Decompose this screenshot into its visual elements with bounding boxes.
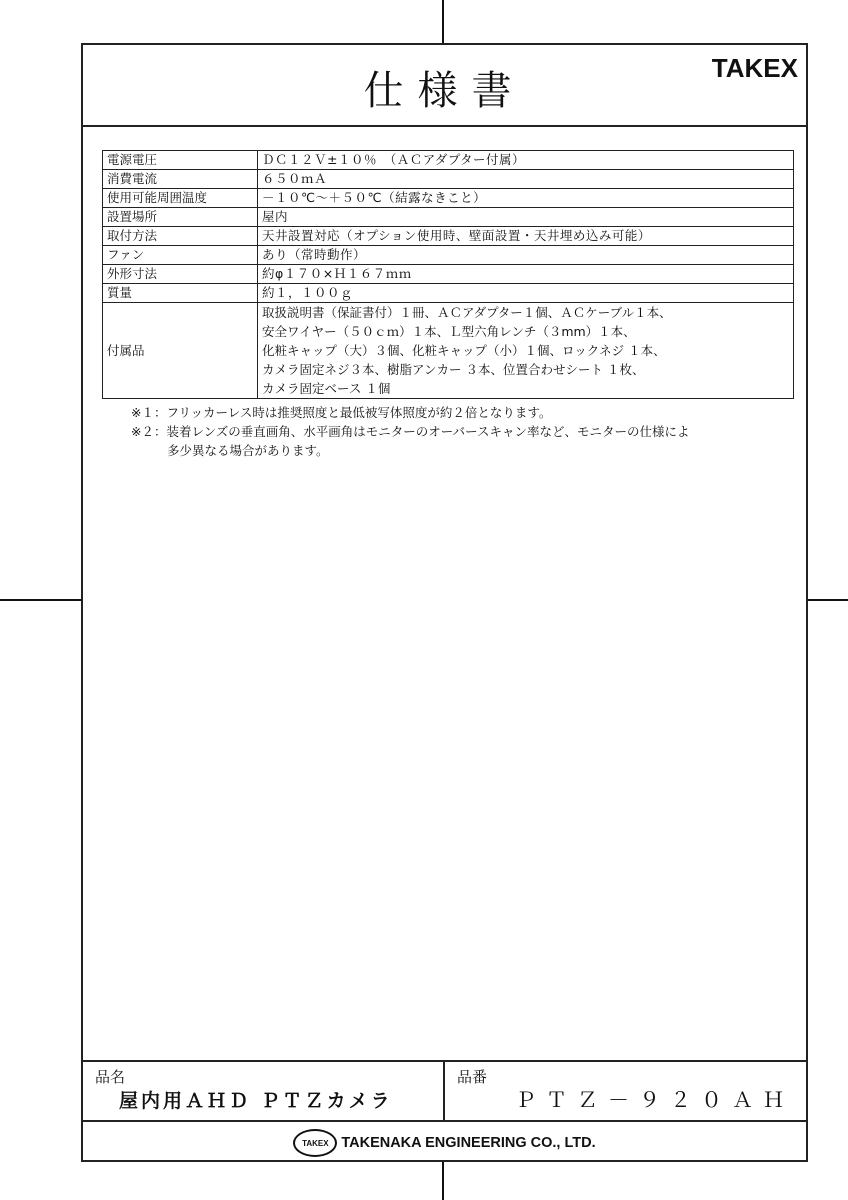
spec-label: 外形寸法 bbox=[103, 265, 258, 284]
notes: ※１：フリッカーレス時は推奨照度と最低被写体照度が約２倍となります。 ※２：装着… bbox=[131, 403, 690, 460]
title-block: 品名 屋内用ＡＨＤ ＰＴＺカメラ 品番 ＰＴＺ－９２０ＡＨ TAKEX TAKE… bbox=[83, 1060, 806, 1162]
spec-label: 質量 bbox=[103, 284, 258, 303]
document-header: 仕様書 TAKEX bbox=[83, 45, 806, 127]
table-row: 使用可能周囲温度 －１０℃～＋５０℃（結露なきこと） bbox=[103, 189, 794, 208]
crop-mark-left bbox=[0, 599, 81, 601]
spec-value: 屋内 bbox=[258, 208, 794, 227]
accessory-line: 安全ワイヤー（５０ｃｍ）１本、Ｌ型六角レンチ（３mm）１本、 bbox=[262, 322, 789, 341]
spec-label: ファン bbox=[103, 246, 258, 265]
spec-value: ＤＣ１２Ｖ±１０％ （ＡＣアダプター付属） bbox=[258, 151, 794, 170]
table-row: 外形寸法 約φ１７０×Ｈ１６７ｍｍ bbox=[103, 265, 794, 284]
spec-value: ６５０ｍＡ bbox=[258, 170, 794, 189]
spec-label: 付属品 bbox=[103, 303, 258, 399]
product-number-label: 品番 bbox=[457, 1066, 487, 1087]
company-row: TAKEX TAKENAKA ENGINEERING CO., LTD. bbox=[83, 1120, 806, 1164]
accessory-line: 化粧キャップ（大）３個、化粧キャップ（小）１個、ロックネジ １本、 bbox=[262, 341, 789, 360]
spec-label: 取付方法 bbox=[103, 227, 258, 246]
accessory-line: 取扱説明書（保証書付）１冊、ＡＣアダプター１個、ＡＣケーブル１本、 bbox=[262, 303, 789, 322]
spec-value: 天井設置対応（オプション使用時、壁面設置・天井埋め込み可能） bbox=[258, 227, 794, 246]
table-row: 消費電流 ６５０ｍＡ bbox=[103, 170, 794, 189]
takex-logo-icon: TAKEX bbox=[293, 1129, 337, 1157]
spec-value: 約φ１７０×Ｈ１６７ｍｍ bbox=[258, 265, 794, 284]
note-2: ※２：装着レンズの垂直画角、水平画角はモニターのオーバースキャン率など、モニター… bbox=[131, 422, 690, 441]
spec-label: 設置場所 bbox=[103, 208, 258, 227]
crop-mark-top bbox=[442, 0, 444, 43]
accessory-line: カメラ固定ネジ３本、樹脂アンカー ３本、位置合わせシート １枚、 bbox=[262, 360, 789, 379]
table-row: 質量 約１，１００ｇ bbox=[103, 284, 794, 303]
accessory-line: カメラ固定ベース １個 bbox=[262, 379, 789, 398]
brand-logo: TAKEX bbox=[712, 53, 798, 84]
spec-label: 使用可能周囲温度 bbox=[103, 189, 258, 208]
table-row: ファン あり（常時動作） bbox=[103, 246, 794, 265]
table-row: 電源電圧 ＤＣ１２Ｖ±１０％ （ＡＣアダプター付属） bbox=[103, 151, 794, 170]
spec-label: 消費電流 bbox=[103, 170, 258, 189]
table-row: 設置場所 屋内 bbox=[103, 208, 794, 227]
product-number-cell: 品番 ＰＴＺ－９２０ＡＨ bbox=[445, 1062, 806, 1120]
product-name: 屋内用ＡＨＤ ＰＴＺカメラ bbox=[119, 1086, 393, 1113]
product-name-cell: 品名 屋内用ＡＨＤ ＰＴＺカメラ bbox=[83, 1062, 445, 1120]
product-number: ＰＴＺ－９２０ＡＨ bbox=[515, 1084, 794, 1114]
spec-value: あり（常時動作） bbox=[258, 246, 794, 265]
page-title: 仕様書 bbox=[83, 59, 806, 116]
note-2-continued: 多少異なる場合があります。 bbox=[131, 441, 690, 460]
company-name: TAKENAKA ENGINEERING CO., LTD. bbox=[341, 1135, 595, 1151]
note-1: ※１：フリッカーレス時は推奨照度と最低被写体照度が約２倍となります。 bbox=[131, 403, 690, 422]
spec-table: 電源電圧 ＤＣ１２Ｖ±１０％ （ＡＣアダプター付属） 消費電流 ６５０ｍＡ 使用… bbox=[102, 150, 794, 399]
spec-value: 約１，１００ｇ bbox=[258, 284, 794, 303]
spec-value: －１０℃～＋５０℃（結露なきこと） bbox=[258, 189, 794, 208]
document-frame: 仕様書 TAKEX 電源電圧 ＤＣ１２Ｖ±１０％ （ＡＣアダプター付属） 消費電… bbox=[81, 43, 808, 1162]
spec-label: 電源電圧 bbox=[103, 151, 258, 170]
crop-mark-right bbox=[806, 599, 848, 601]
product-name-label: 品名 bbox=[95, 1066, 125, 1087]
crop-mark-bottom bbox=[442, 1160, 444, 1200]
table-row: 取付方法 天井設置対応（オプション使用時、壁面設置・天井埋め込み可能） bbox=[103, 227, 794, 246]
table-row-accessories: 付属品 取扱説明書（保証書付）１冊、ＡＣアダプター１個、ＡＣケーブル１本、 安全… bbox=[103, 303, 794, 399]
